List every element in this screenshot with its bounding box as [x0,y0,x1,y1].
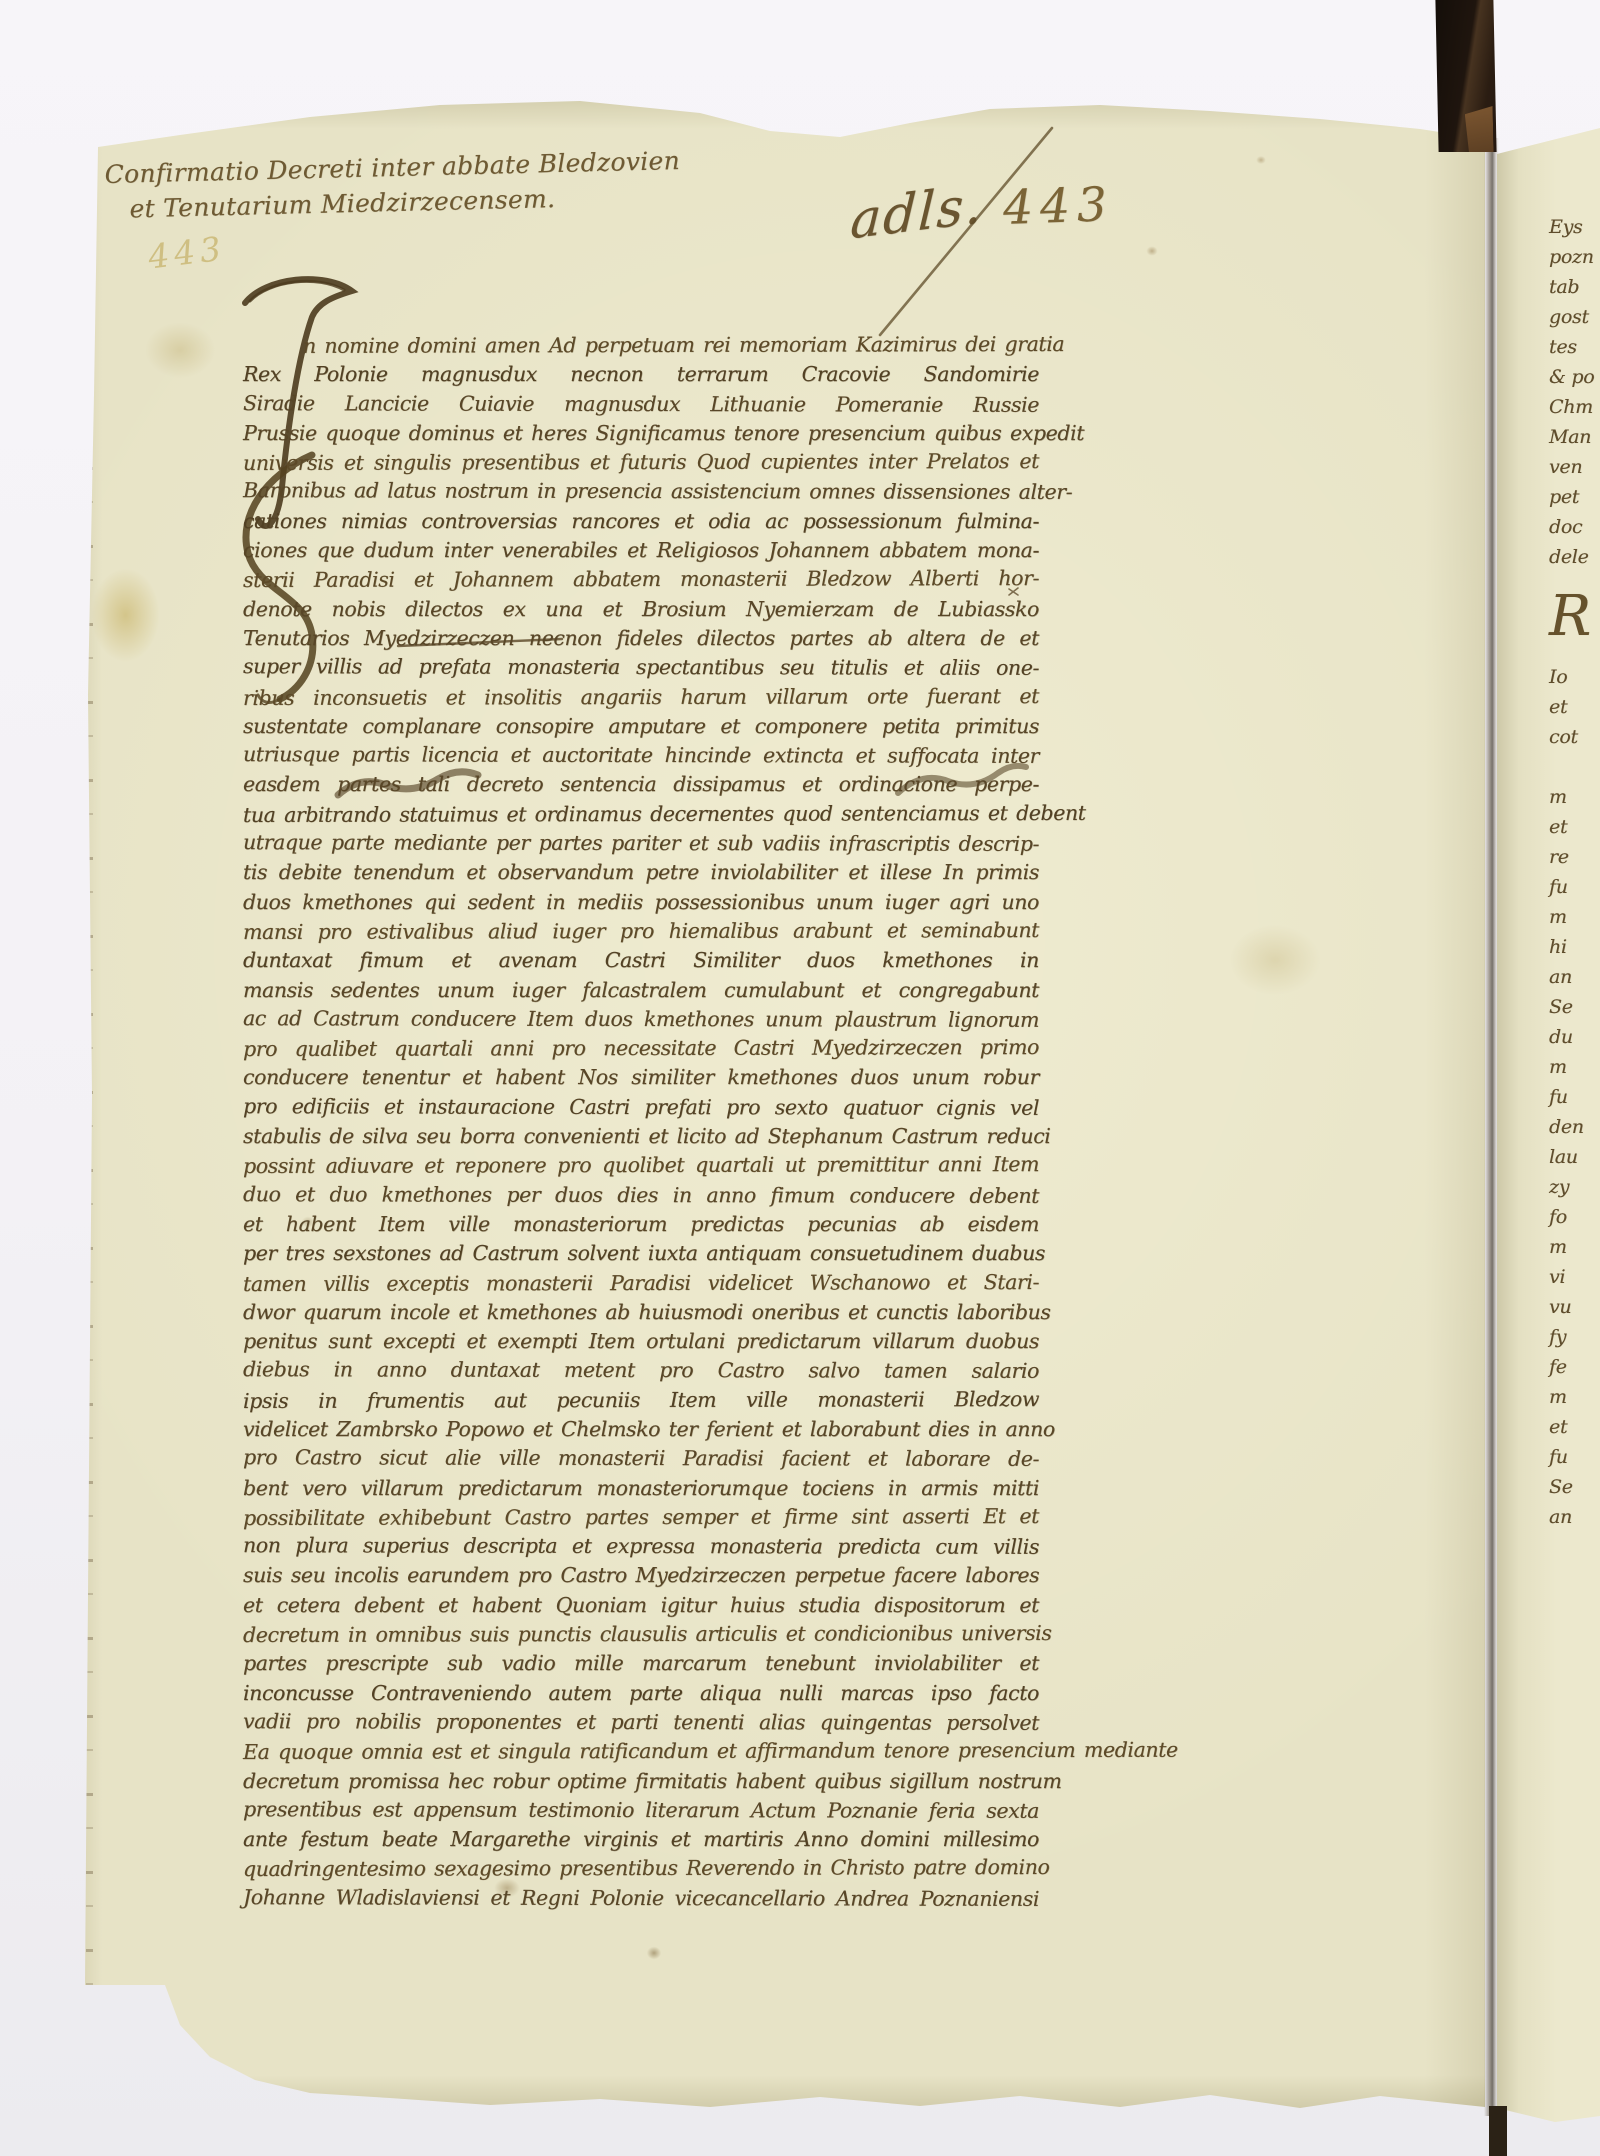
book-gutter-shadow [1484,138,1499,2116]
manuscript-line: presentibus est appensum testimonio lite… [243,1795,1039,1826]
next-page-text-fragment: fe [1549,1352,1600,1382]
manuscript-line: bent vero villarum predictarum monasteri… [243,1474,1039,1503]
manuscript-line: tua arbitrando statuimus et ordinamus de… [243,799,1039,830]
manuscript-line: denote nobis dilectos ex una et Brosium … [243,595,1039,624]
next-page-text-fragment: zy [1549,1172,1600,1202]
manuscript-line: Prussie quoque dominus et heres Signific… [243,419,1039,448]
next-page-text-fragment: doc [1549,512,1600,542]
next-page-text-fragment: et [1549,692,1600,722]
next-page-text-fragment: pet [1549,482,1600,512]
manuscript-line: ante festum beate Margarethe virginis et… [243,1825,1039,1854]
manuscript-line: pro Castro sicut alie ville monasterii P… [243,1443,1039,1474]
manuscript-line: Tenutarios Myedzirzeczen necnon fideles … [243,624,1039,653]
manuscript-line: dwor quarum incole et kmethones ab huius… [243,1298,1039,1327]
next-page-text-fragment: Chm [1549,392,1600,422]
manuscript-text-block: n nomine domini amen Ad perpetuam rei me… [243,331,1039,1913]
bookmark-ribbon-top [1435,0,1496,152]
manuscript-line: conducere tenentur et habent Nos similit… [243,1063,1039,1092]
manuscript-line: Johanne Wladislaviensi et Regni Polonie … [243,1883,1039,1914]
next-page-text-fragment: m [1549,1052,1600,1082]
manuscript-line: cationes nimias controversias rancores e… [243,507,1039,536]
manuscript-line: utraque parte mediante per partes parite… [243,828,1039,859]
ink-speck [645,1945,663,1961]
parchment-stain [1210,910,1340,1010]
next-page-text-fragments: Eyspozntabgosttes& poChmManvenpetdocdele… [1549,212,1600,1532]
manuscript-line: ipsis in frumentis aut pecuniis Item vil… [243,1385,1039,1416]
manuscript-line: pro edificiis et instauracione Castri pr… [243,1092,1039,1123]
bookmark-ribbon-tip [1465,106,1494,152]
next-page-text-fragment: ven [1549,452,1600,482]
faint-page-number: 443 [146,228,228,276]
next-page-text-fragment: cot [1549,722,1600,752]
next-page-edge: Eyspozntabgosttes& poChmManvenpetdocdele… [1497,126,1600,2125]
manuscript-line: decretum promissa hec robur optime firmi… [243,1767,1039,1796]
next-page-text-fragment: Io [1549,662,1600,692]
deckled-edge-specks [86,155,93,2045]
manuscript-line: sterii Paradisi et Johannem abbatem mona… [243,564,1039,595]
manuscript-line: diebus in anno duntaxat metent pro Castr… [243,1356,1039,1387]
manuscript-line: Rex Polonie magnusdux necnon terrarum Cr… [243,360,1039,389]
manuscript-line: duntaxat fimum et avenam Castri Similite… [243,946,1039,975]
manuscript-line: Siradie Lancicie Cuiavie magnusdux Lithu… [243,389,1039,420]
next-page-text-fragment: an [1549,962,1600,992]
scan-canvas: Confirmatio Decreti inter abbate Bledzov… [0,0,1600,2156]
manuscript-line: pro qualibet quartali anni pro necessita… [243,1033,1039,1064]
archival-mark: adls. [849,174,985,251]
next-page-text-fragment: fu [1549,1442,1600,1472]
page-number: 443 [1002,177,1115,236]
manuscript-line: videlicet Zambrsko Popowo et Chelmsko te… [243,1415,1039,1444]
manuscript-line: et habent Item ville monasteriorum predi… [243,1210,1039,1239]
parchment-stain [130,310,230,390]
header-annotation: Confirmatio Decreti inter abbate Bledzov… [104,146,681,224]
manuscript-line: inconcusse Contraveniendo autem parte al… [243,1679,1039,1708]
manuscript-line: easdem partes tali decreto sentencia dis… [243,770,1039,799]
manuscript-line: utriusque partis licencia et auctoritate… [243,740,1039,771]
next-page-text-fragment: den [1549,1112,1600,1142]
manuscript-line: partes prescripte sub vadio mille marcar… [243,1649,1039,1678]
next-page-text-fragment: hi [1549,932,1600,962]
next-page-text-fragment: fo [1549,1202,1600,1232]
next-page-text-fragment: du [1549,1022,1600,1052]
manuscript-line: penitus sunt excepti et exempti Item ort… [243,1327,1039,1356]
next-page-text-fragment: et [1549,1412,1600,1442]
manuscript-line: stabulis de silva seu borra convenienti … [243,1122,1039,1151]
illuminated-initial-swash-inner [250,281,344,301]
next-page-text-fragment: tes [1549,332,1600,362]
next-page-text-fragment: fu [1549,872,1600,902]
next-page-text-fragment: Eys [1549,212,1600,242]
manuscript-line: mansi pro estivalibus aliud iuger pro hi… [243,916,1039,947]
bookmark-ribbon-bottom [1489,2106,1507,2156]
manuscript-line: possibilitate exhibebunt Castro partes s… [243,1502,1039,1533]
next-page-text-fragment: lau [1549,1142,1600,1172]
next-page-text-fragment: Se [1549,1472,1600,1502]
next-page-text-fragment: tab [1549,272,1600,302]
manuscript-line: non plura superius descripta et expressa… [243,1531,1039,1562]
manuscript-line: n nomine domini amen Ad perpetuam rei me… [243,330,1039,361]
next-page-text-fragment: m [1549,902,1600,932]
next-page-text-fragment: fu [1549,1082,1600,1112]
ink-speck [1145,245,1159,257]
manuscript-line: universis et singulis presentibus et fut… [243,447,1039,478]
next-page-text-fragment: pozn [1549,242,1600,272]
next-page-text-fragment [1549,752,1600,782]
manuscript-line: tamen villis exceptis monasterii Paradis… [243,1268,1039,1299]
manuscript-line: suis seu incolis earundem pro Castro Mye… [243,1561,1039,1590]
manuscript-line: ribus inconsuetis et insolitis angariis … [243,682,1039,713]
ink-speck [1255,155,1267,165]
next-page-text-fragment: m [1549,1232,1600,1262]
manuscript-line: duo et duo kmethones per duos dies in an… [243,1180,1039,1211]
manuscript-line: Baronibus ad latus nostrum in presencia … [243,477,1039,508]
next-page-text-fragment: vi [1549,1262,1600,1292]
next-page-text-fragment: & po [1549,362,1600,392]
manuscript-line: vadii pro nobilis proponentes et parti t… [243,1707,1039,1738]
manuscript-line: decretum in omnibus suis punctis clausul… [243,1619,1039,1650]
manuscript-line: ac ad Castrum conducere Item duos kmetho… [243,1004,1039,1035]
manuscript-line: tis debite tenendum et observandum petre… [243,858,1039,887]
next-page-text-fragment: dele [1549,542,1600,572]
next-page-text-fragment: m [1549,782,1600,812]
header-annotation-line2: et Tenutarium Miedzirzecensem. [129,181,681,223]
manuscript-page: Confirmatio Decreti inter abbate Bledzov… [60,95,1485,2115]
manuscript-line: possint adiuvare et reponere pro quolibe… [243,1150,1039,1181]
next-page-text-fragment: m [1549,1382,1600,1412]
manuscript-line: Ea quoque omnia est et singula ratifican… [243,1736,1039,1767]
next-page-text-fragment: Man [1549,422,1600,452]
manuscript-line: et cetera debent et habent Quoniam igitu… [243,1591,1039,1620]
next-page-text-fragment: R [1549,602,1600,632]
manuscript-line: super villis ad prefata monasteria spect… [243,652,1039,683]
manuscript-line: duos kmethones qui sedent in mediis poss… [243,888,1039,917]
next-page-text-fragment: re [1549,842,1600,872]
manuscript-line: sustentate complanare consopire amputare… [243,712,1039,741]
next-page-text-fragment: an [1549,1502,1600,1532]
next-page-text-fragment: et [1549,812,1600,842]
manuscript-line: per tres sexstones ad Castrum solvent iu… [243,1239,1039,1268]
manuscript-line: quadringentesimo sexagesimo presentibus … [243,1853,1039,1884]
next-page-text-fragment: gost [1549,302,1600,332]
next-page-text-fragment: Se [1549,992,1600,1022]
manuscript-line: mansis sedentes unum iuger falcastralem … [243,976,1039,1005]
next-page-text-fragment: vu [1549,1292,1600,1322]
next-page-text-fragment: fy [1549,1322,1600,1352]
manuscript-line: ciones que dudum inter venerabiles et Re… [243,536,1039,565]
